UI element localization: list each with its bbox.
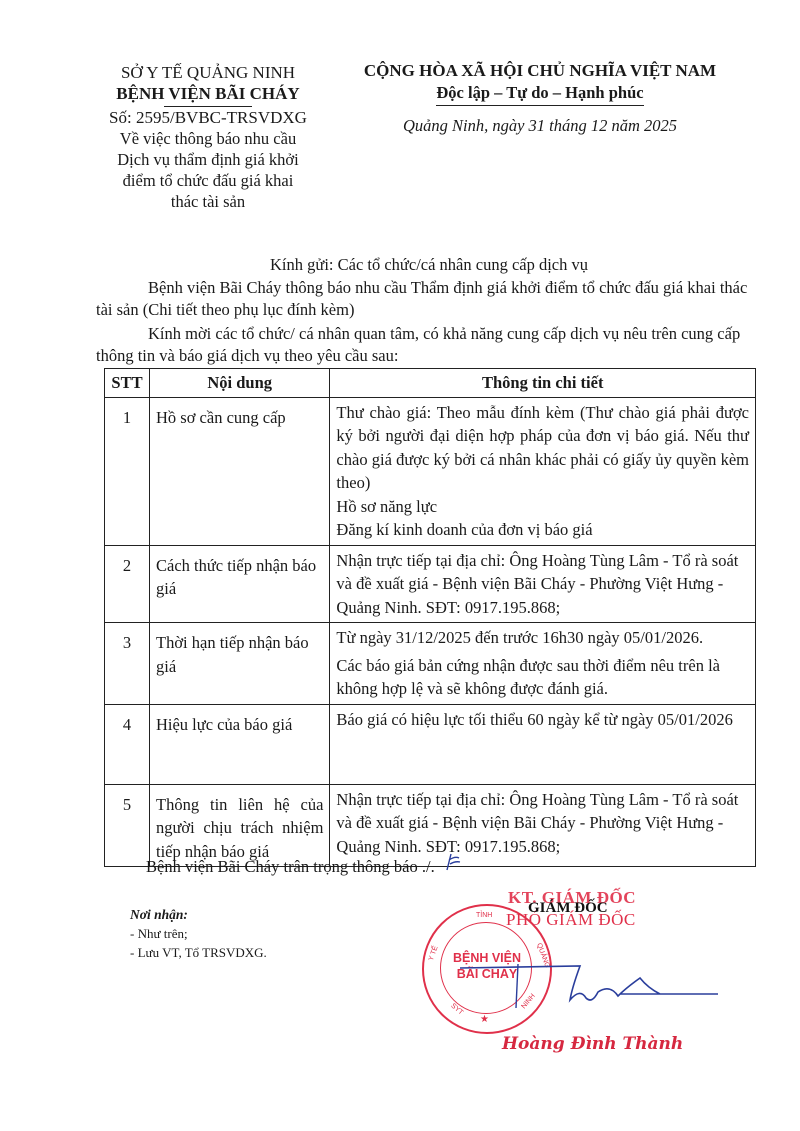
issuer-header: SỞ Y TẾ QUẢNG NINH BỆNH VIỆN BÃI CHÁY Số… [82, 62, 334, 212]
paragraph-intro: Bệnh viện Bãi Cháy thông báo nhu cầu Thẩ… [96, 277, 762, 321]
subject-line: Về việc thông báo nhu cầu [82, 128, 334, 149]
subject-line: Dịch vụ thẩm định giá khởi [82, 149, 334, 170]
row-number: 1 [105, 397, 150, 545]
national-header: CỘNG HÒA XÃ HỘI CHỦ NGHĨA VIỆT NAM Độc l… [330, 60, 750, 136]
column-header-stt: STT [105, 369, 150, 398]
row-content: Hồ sơ cần cung cấp [149, 397, 329, 545]
paragraph-invitation: Kính mời các tổ chức/ cá nhân quan tâm, … [96, 323, 762, 367]
recipients-block: Nơi nhận: - Như trên; - Lưu VT, Tổ TRSVD… [130, 905, 267, 962]
subject-line: thác tài sản [82, 191, 334, 212]
row-content: Hiệu lực của báo giá [149, 704, 329, 784]
row-detail: Nhận trực tiếp tại địa chỉ: Ông Hoàng Tù… [330, 545, 756, 623]
detail-line: Nhận trực tiếp tại địa chỉ: Ông Hoàng Tù… [336, 549, 749, 620]
director-title: GIÁM ĐỐC [528, 900, 608, 917]
detail-line: Hồ sơ năng lực [336, 495, 749, 519]
signature-block: KT. GIÁM ĐỐC PHÓ GIÁM ĐỐC GIÁM ĐỐC TỈNH … [420, 888, 720, 1078]
table-header-row: STT Nội dung Thông tin chi tiết [105, 369, 756, 398]
table-row: 2 Cách thức tiếp nhận báo giá Nhận trực … [105, 545, 756, 623]
row-number: 5 [105, 784, 150, 867]
row-number: 3 [105, 623, 150, 705]
recipient-item: - Như trên; [130, 924, 267, 943]
row-content: Thời hạn tiếp nhận báo giá [149, 623, 329, 705]
closing-text: Bệnh viện Bãi Cháy trân trọng thông báo … [146, 857, 435, 876]
detail-line: Đăng kí kinh doanh của đơn vị báo giá [336, 518, 749, 542]
addressee: Kính gửi: Các tổ chức/cá nhân cung cấp d… [96, 254, 762, 276]
column-header-content: Nội dung [149, 369, 329, 398]
row-detail: Thư chào giá: Theo mẫu đính kèm (Thư chà… [330, 397, 756, 545]
initials-mark [443, 861, 463, 876]
subject-line: điểm tổ chức đấu giá khai [82, 170, 334, 191]
detail-line: Các báo giá bản cứng nhận được sau thời … [336, 654, 749, 701]
issue-date: Quảng Ninh, ngày 31 tháng 12 năm 2025 [330, 116, 750, 136]
column-header-detail: Thông tin chi tiết [330, 369, 756, 398]
nation-title: CỘNG HÒA XÃ HỘI CHỦ NGHĨA VIỆT NAM [330, 60, 750, 82]
detail-line: Thư chào giá: Theo mẫu đính kèm (Thư chà… [336, 401, 749, 495]
stamp-ring-text: TỈNH [476, 912, 492, 919]
document-number: Số: 2595/BVBC-TRSVDXG [82, 107, 334, 128]
row-detail: Từ ngày 31/12/2025 đến trước 16h30 ngày … [330, 623, 756, 705]
document-subject: Về việc thông báo nhu cầu Dịch vụ thẩm đ… [82, 128, 334, 212]
row-content: Cách thức tiếp nhận báo giá [149, 545, 329, 623]
row-detail: Báo giá có hiệu lực tối thiểu 60 ngày kể… [330, 704, 756, 784]
row-number: 2 [105, 545, 150, 623]
signer-name: Hoàng Đình Thành [502, 1034, 683, 1054]
table-row: 4 Hiệu lực của báo giá Báo giá có hiệu l… [105, 704, 756, 784]
national-motto: Độc lập – Tự do – Hạnh phúc [436, 82, 643, 106]
row-number: 4 [105, 704, 150, 784]
initials-icon [443, 852, 463, 872]
handwritten-signature-icon [460, 948, 720, 1018]
hospital-name: BỆNH VIỆN BÃI CHÁY [82, 83, 334, 104]
detail-line: Nhận trực tiếp tại địa chỉ: Ông Hoàng Tù… [336, 788, 749, 859]
recipient-item: - Lưu VT, Tổ TRSVDXG. [130, 943, 267, 962]
detail-line: Từ ngày 31/12/2025 đến trước 16h30 ngày … [336, 626, 749, 650]
closing-line: Bệnh viện Bãi Cháy trân trọng thông báo … [146, 852, 463, 877]
department-name: SỞ Y TẾ QUẢNG NINH [82, 62, 334, 83]
table-row: 1 Hồ sơ cần cung cấp Thư chào giá: Theo … [105, 397, 756, 545]
recipients-label: Nơi nhận: [130, 905, 267, 924]
detail-line: Báo giá có hiệu lực tối thiểu 60 ngày kể… [336, 708, 749, 732]
requirements-table: STT Nội dung Thông tin chi tiết 1 Hồ sơ … [104, 368, 756, 867]
table-row: 3 Thời hạn tiếp nhận báo giá Từ ngày 31/… [105, 623, 756, 705]
